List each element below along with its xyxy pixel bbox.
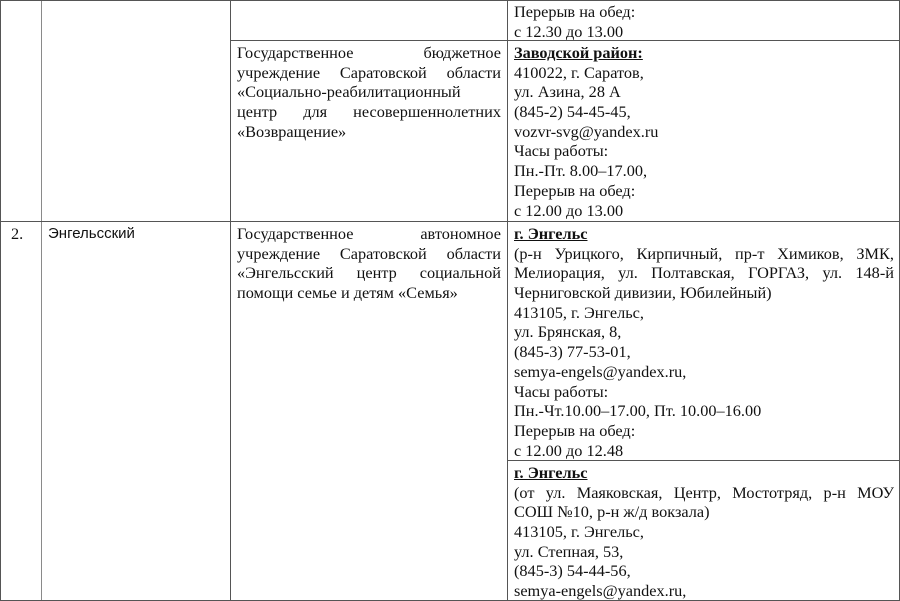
phone: (845-2) 54-45-45,	[514, 102, 658, 122]
area-line: (р-нУрицкого,Кирпичный,пр-тХимиков,ЗМК,	[514, 244, 894, 264]
address-line: 413105, г. Энгельс,	[514, 522, 894, 542]
institution-line: учреждениеСаратовскойобласти	[237, 244, 501, 264]
table-border-top	[0, 0, 900, 1]
column-divider-2	[230, 0, 231, 601]
hours-value: Пн.-Чт.10.00–17.00, Пт. 10.00–16.00	[514, 401, 894, 421]
institution-line: «Возвращение»	[237, 122, 501, 142]
institution-line: учреждениеСаратовскойобласти	[237, 63, 501, 83]
email: semya-engels@yandex.ru,	[514, 362, 894, 382]
column-divider-1	[41, 0, 42, 601]
address-line: ул. Азина, 28 А	[514, 82, 658, 102]
institution-line: «Социально-реабилитационный	[237, 82, 501, 102]
contacts-heading: г. Энгельс	[514, 224, 894, 244]
area-line: СОШ №10, р-н ж/д вокзала)	[514, 502, 894, 522]
institution-line: «Энгельсскийцентрсоциальной	[237, 263, 501, 283]
lunch-label: Перерыв на обед:	[514, 421, 894, 441]
contacts-zavodskoy: Заводской район: 410022, г. Саратов, ул.…	[514, 43, 658, 220]
lunch-hours: с 12.00 до 12.48	[514, 441, 894, 461]
address-line: 410022, г. Саратов,	[514, 63, 658, 83]
table-border-left	[0, 0, 1, 601]
row-divider-row2	[0, 221, 900, 222]
address-line: ул. Степная, 53,	[514, 542, 894, 562]
hours-label: Часы работы:	[514, 382, 894, 402]
area-line: (отул.Маяковская,Центр,Мостотряд,р-нМОУ	[514, 483, 894, 503]
institution-vozvrashchenie: Государственноебюджетное учреждениеСарат…	[237, 43, 501, 141]
row1-contacts-tail: Перерыв на обед: с 12.30 до 13.00	[514, 2, 635, 41]
address-line: ул. Брянская, 8,	[514, 322, 894, 342]
phone: (845-3) 77-53-01,	[514, 342, 894, 362]
contacts-heading: г. Энгельс	[514, 463, 894, 483]
hours-value: Пн.-Пт. 8.00–17.00,	[514, 161, 658, 181]
email: vozvr-svg@yandex.ru	[514, 122, 658, 142]
contacts-engels-stepnaya: г. Энгельс (отул.Маяковская,Центр,Мостот…	[514, 463, 894, 601]
phone: (845-3) 54-44-56,	[514, 561, 894, 581]
lunch-hours: с 12.00 до 13.00	[514, 201, 658, 221]
area-line: Черниговской дивизии, Юбилейный)	[514, 283, 894, 303]
institution-line: центрдлянесовершеннолетних	[237, 102, 501, 122]
contacts-engels-bryanskaya: г. Энгельс (р-нУрицкого,Кирпичный,пр-тХи…	[514, 224, 894, 460]
institution-line: Государственноебюджетное	[237, 43, 501, 63]
hours-label: Часы работы:	[514, 141, 658, 161]
contacts-heading: Заводской район:	[514, 43, 658, 63]
institution-semya: Государственноеавтономное учреждениеСара…	[237, 224, 501, 303]
column-divider-3	[507, 0, 508, 601]
institution-line: Государственноеавтономное	[237, 224, 501, 244]
area-line: Мелиорация,ул.Полтавская,ГОРГАЗ,ул.148-й	[514, 263, 894, 283]
lunch-label: Перерыв на обед:	[514, 181, 658, 201]
district-name: Энгельсский	[48, 224, 135, 244]
email: semya-engels@yandex.ru,	[514, 581, 894, 601]
institution-line: помощи семье и детям «Семья»	[237, 283, 501, 303]
lunch-label: Перерыв на обед:	[514, 2, 635, 22]
address-line: 413105, г. Энгельс,	[514, 303, 894, 323]
row-number: 2.	[11, 224, 23, 244]
lunch-hours: с 12.30 до 13.00	[514, 22, 635, 42]
